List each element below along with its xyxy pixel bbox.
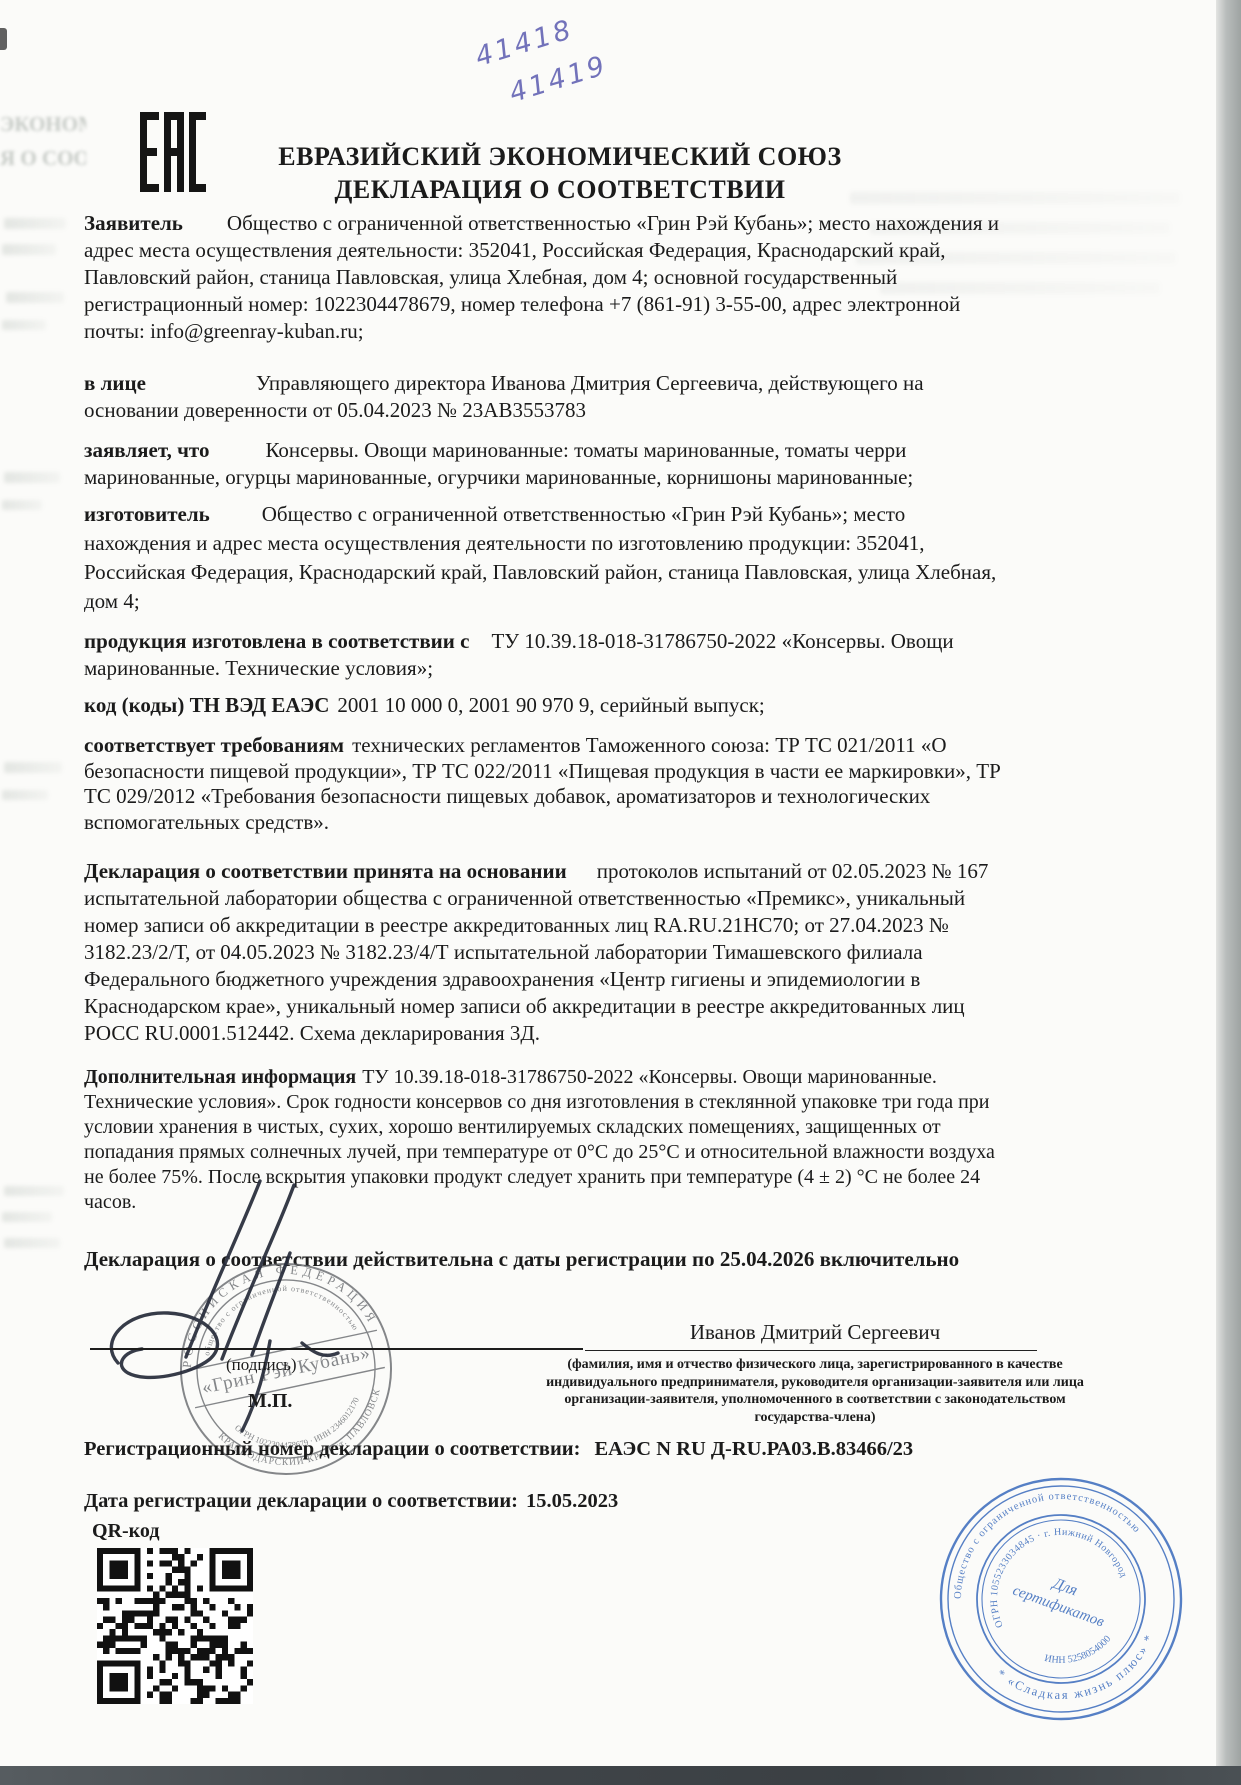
qr-code-label: QR-код [92,1520,159,1543]
qr-code [97,1548,253,1704]
registration-number-value: ЕАЭС N RU Д-RU.РА03.В.83466/23 [580,1438,913,1460]
bleed-through-smudge [2,500,42,510]
section-applicant-label: Заявитель [84,211,227,235]
registration-number-label: Регистрационный номер декларации о соотв… [84,1438,580,1460]
signature-caption: (подпись) [226,1355,297,1375]
bleed-through-smudge [2,244,56,255]
declarant-name-caption: (фамилия, имя и отчество физического лиц… [545,1356,1085,1426]
section-manufacturer: изготовительОбщество с ограниченной отве… [84,500,1002,616]
section-applicant: ЗаявительОбщество с ограниченной ответст… [84,210,1002,345]
scan-edge-right [1216,0,1241,1785]
bleed-through-smudge [2,1212,52,1222]
section-tnved-code-text: 2001 10 000 0, 2001 90 970 9, серийный в… [337,693,764,717]
section-represented-by: в лицеУправляющего директора Иванова Дми… [84,370,1002,424]
section-tnved-code-label: код (коды) ТН ВЭД ЕАЭС [84,693,337,717]
declaration-document-page: ЭКОНОМИЧЕСКИЙ СОЮЗ Я О СООТВЕТСТВИИ 4141… [0,0,1241,1785]
blue-stamp-inner-bottom: ИНН 5258054000 [1040,1632,1116,1674]
registration-date-row: Дата регистрации декларации о соответств… [84,1490,618,1513]
bleed-through-smudge [4,218,66,229]
signature [88,1145,608,1445]
section-basis-text: протоколов испытаний от 02.05.2023 № 167… [84,859,988,1045]
document-title: ЕВРАЗИЙСКИЙ ЭКОНОМИЧЕСКИЙ СОЮЗ ДЕКЛАРАЦИ… [180,142,940,205]
bleed-through-smudge [4,1186,64,1196]
svg-text:ИНН 5258054000: ИНН 5258054000 [1040,1632,1116,1674]
section-basis: Декларация о соответствии принята на осн… [84,858,1002,1047]
bleed-through-smudge [2,320,46,330]
declarant-name-line [585,1350,1037,1351]
section-declares: заявляет, чтоКонсервы. Овощи маринованны… [84,437,1002,491]
section-additional-info-label: Дополнительная информация [84,1066,362,1088]
registration-number-row: Регистрационный номер декларации о соотв… [84,1438,1084,1461]
bleed-through-smudge [4,762,62,773]
registration-date-label: Дата регистрации декларации о соответств… [84,1490,518,1512]
section-manufacturer-label: изготовитель [84,502,262,526]
bleed-through-smudge [4,1238,60,1248]
section-declares-label: заявляет, что [84,438,265,462]
section-produced-per: продукция изготовлена в соответствии сТУ… [84,628,1002,682]
declarant-name-text: Иванов Дмитрий Сергеевич [690,1320,940,1344]
section-tnved-code: код (коды) ТН ВЭД ЕАЭС2001 10 000 0, 200… [84,692,1002,719]
section-basis-label: Декларация о соответствии принята на осн… [84,859,597,883]
title-union: ЕВРАЗИЙСКИЙ ЭКОНОМИЧЕСКИЙ СОЮЗ [180,142,940,172]
bleed-through-smudge [2,790,48,800]
stamp-place-label: М.П. [248,1390,292,1413]
section-complies-with: соответствует требованиямтехнических рег… [84,733,1002,835]
scan-edge-bottom [0,1766,1241,1785]
scan-corner-mark [0,28,7,50]
bleed-through-smudge [6,292,64,303]
registration-date-value: 15.05.2023 [518,1490,618,1512]
section-represented-by-label: в лице [84,371,256,395]
section-complies-with-label: соответствует требованиям [84,733,352,757]
signature-line [90,1348,583,1350]
section-produced-per-label: продукция изготовлена в соответствии с [84,629,491,653]
certification-blue-stamp: Общество с ограниченной ответственностью… [935,1473,1187,1725]
bleed-through-text: Я О СООТВЕТСТВИИ [0,146,86,171]
bleed-through-smudge [4,472,60,483]
bleed-through-text: ЭКОНОМИЧЕСКИЙ СОЮЗ [0,112,86,137]
declarant-name: Иванов Дмитрий Сергеевич [545,1320,1085,1345]
title-declaration: ДЕКЛАРАЦИЯ О СООТВЕТСТВИИ [180,175,940,205]
